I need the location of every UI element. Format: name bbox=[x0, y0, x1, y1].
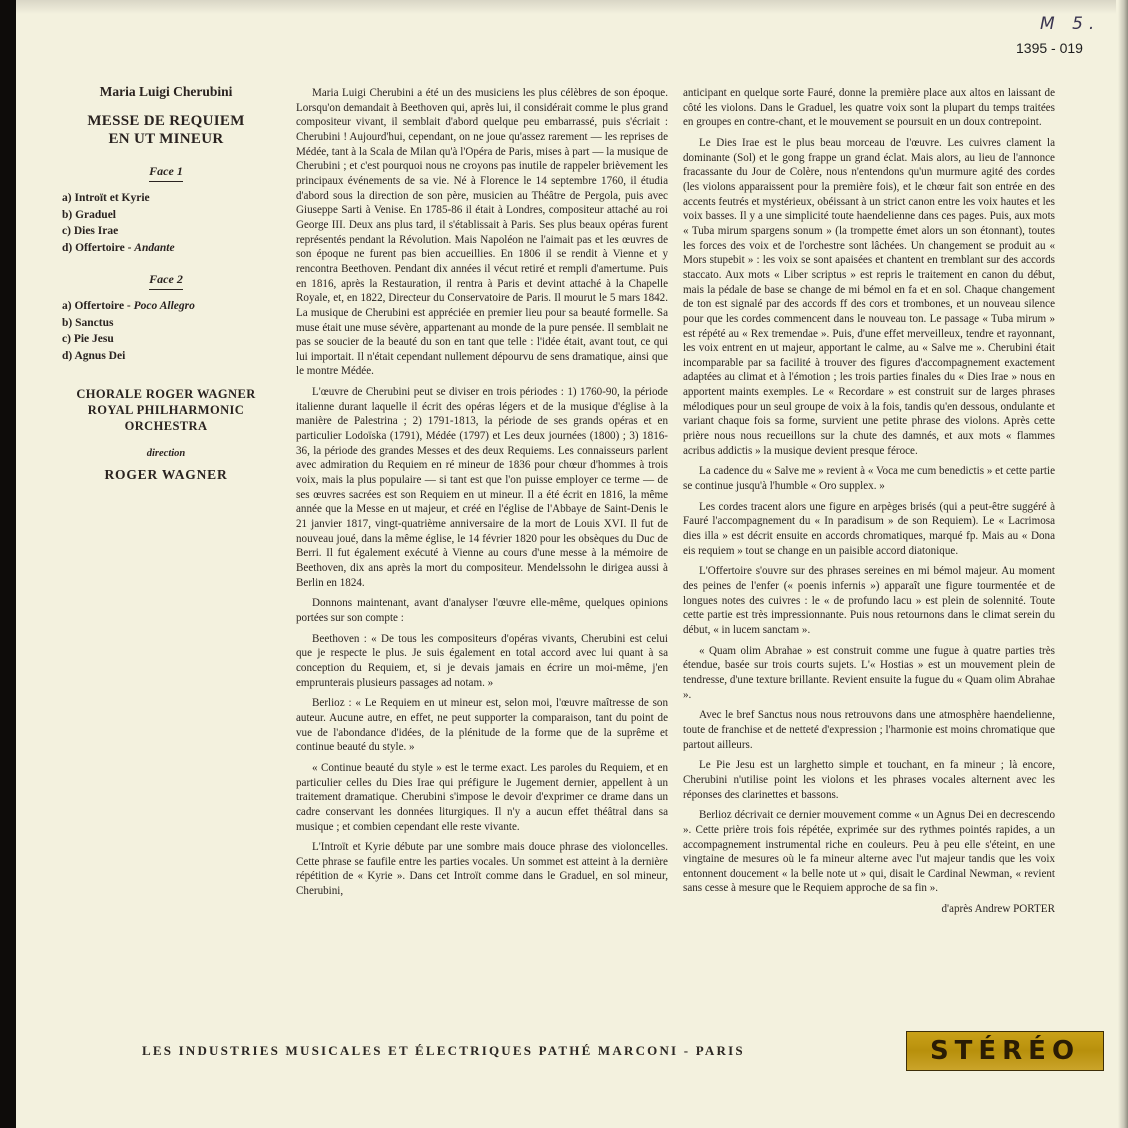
track-marker: b) bbox=[62, 209, 72, 221]
sleeve-top-shadow bbox=[16, 0, 1116, 14]
paragraph: L'Offertoire s'ouvre sur des phrases ser… bbox=[683, 564, 1055, 637]
paragraph: Le Dies Irae est le plus beau morceau de… bbox=[683, 136, 1055, 458]
performers-orchestra-1: ROYAL PHILHARMONIC bbox=[56, 402, 276, 418]
conductor-name: ROGER WAGNER bbox=[56, 467, 276, 483]
paragraph: L'Introït et Kyrie débute par une sombre… bbox=[296, 840, 668, 899]
author-signature: d'après Andrew PORTER bbox=[683, 902, 1055, 917]
program-panel: Maria Luigi Cherubini MESSE DE REQUIEM E… bbox=[56, 84, 276, 483]
paragraph: Beethoven : « De tous les compositeurs d… bbox=[296, 632, 668, 691]
track-title: Agnus Dei bbox=[74, 350, 125, 362]
side-2-tracklist: a) Offertoire - Poco Allegro b) Sanctus … bbox=[62, 298, 276, 364]
paragraph: Donnons maintenant, avant d'analyser l'œ… bbox=[296, 596, 668, 625]
liner-notes-column-2: anticipant en quelque sorte Fauré, donne… bbox=[683, 86, 1055, 917]
track-tempo: Andante bbox=[134, 242, 174, 254]
paragraph: Maria Luigi Cherubini a été un des music… bbox=[296, 86, 668, 379]
paragraph: anticipant en quelque sorte Fauré, donne… bbox=[683, 86, 1055, 130]
track-marker: b) bbox=[62, 317, 72, 329]
track-item: d) Offertoire - Andante bbox=[62, 240, 276, 257]
performers: CHORALE ROGER WAGNER ROYAL PHILHARMONIC … bbox=[56, 386, 276, 434]
track-title: Pie Jesu bbox=[74, 333, 114, 345]
track-marker: c) bbox=[62, 333, 71, 345]
work-title-line-2: EN UT MINEUR bbox=[56, 130, 276, 148]
side-1-tracklist: a) Introït et Kyrie b) Graduel c) Dies I… bbox=[62, 190, 276, 256]
track-tempo: Poco Allegro bbox=[134, 300, 195, 312]
performers-choir: CHORALE ROGER WAGNER bbox=[56, 386, 276, 402]
paragraph: Berlioz : « Le Requiem en ut mineur est,… bbox=[296, 696, 668, 755]
track-title: Introït et Kyrie bbox=[74, 192, 149, 204]
work-title: MESSE DE REQUIEM EN UT MINEUR bbox=[56, 112, 276, 148]
track-item: b) Graduel bbox=[62, 207, 276, 224]
track-title: Offertoire - bbox=[75, 242, 134, 254]
direction-label: direction bbox=[56, 448, 276, 459]
paragraph: L'œuvre de Cherubini peut se diviser en … bbox=[296, 385, 668, 590]
side-2-label: Face 2 bbox=[149, 272, 183, 290]
track-item: a) Introït et Kyrie bbox=[62, 190, 276, 207]
publisher-line: LES INDUSTRIES MUSICALES ET ÉLECTRIQUES … bbox=[142, 1043, 745, 1059]
track-title: Dies Irae bbox=[74, 225, 118, 237]
track-item: b) Sanctus bbox=[62, 315, 276, 332]
composer-name: Maria Luigi Cherubini bbox=[56, 84, 276, 100]
track-item: d) Agnus Dei bbox=[62, 348, 276, 365]
side-1-label: Face 1 bbox=[149, 164, 183, 182]
catalog-number: 1395 - 019 bbox=[1016, 40, 1083, 56]
track-marker: d) bbox=[62, 242, 72, 254]
paragraph: Berlioz décrivait ce dernier mouvement c… bbox=[683, 808, 1055, 896]
track-title: Sanctus bbox=[75, 317, 113, 329]
track-marker: a) bbox=[62, 300, 72, 312]
track-marker: a) bbox=[62, 192, 72, 204]
side-1: Face 1 a) Introït et Kyrie b) Graduel c)… bbox=[56, 148, 276, 256]
work-title-line-1: MESSE DE REQUIEM bbox=[56, 112, 276, 130]
sleeve-edge-dark bbox=[0, 0, 16, 1128]
paragraph: Le Pie Jesu est un larghetto simple et t… bbox=[683, 758, 1055, 802]
track-item: a) Offertoire - Poco Allegro bbox=[62, 298, 276, 315]
handwritten-note: M 5. bbox=[1040, 14, 1100, 34]
track-item: c) Pie Jesu bbox=[62, 331, 276, 348]
paragraph: « Continue beauté du style » est le term… bbox=[296, 761, 668, 834]
paragraph: Les cordes tracent alors une figure en a… bbox=[683, 500, 1055, 559]
performers-orchestra-2: ORCHESTRA bbox=[56, 418, 276, 434]
liner-notes-column-1: Maria Luigi Cherubini a été un des music… bbox=[296, 86, 668, 905]
track-title: Graduel bbox=[75, 209, 116, 221]
paragraph: « Quam olim Abrahae » est construit comm… bbox=[683, 644, 1055, 703]
sleeve-edge-right bbox=[1118, 0, 1128, 1128]
side-2: Face 2 a) Offertoire - Poco Allegro b) S… bbox=[56, 256, 276, 364]
paragraph: La cadence du « Salve me » revient à « V… bbox=[683, 464, 1055, 493]
track-title: Offertoire - bbox=[74, 300, 133, 312]
paragraph: Avec le bref Sanctus nous nous retrouvon… bbox=[683, 708, 1055, 752]
track-marker: c) bbox=[62, 225, 71, 237]
stereo-badge: STÉRÉO bbox=[906, 1031, 1104, 1071]
track-marker: d) bbox=[62, 350, 72, 362]
track-item: c) Dies Irae bbox=[62, 223, 276, 240]
